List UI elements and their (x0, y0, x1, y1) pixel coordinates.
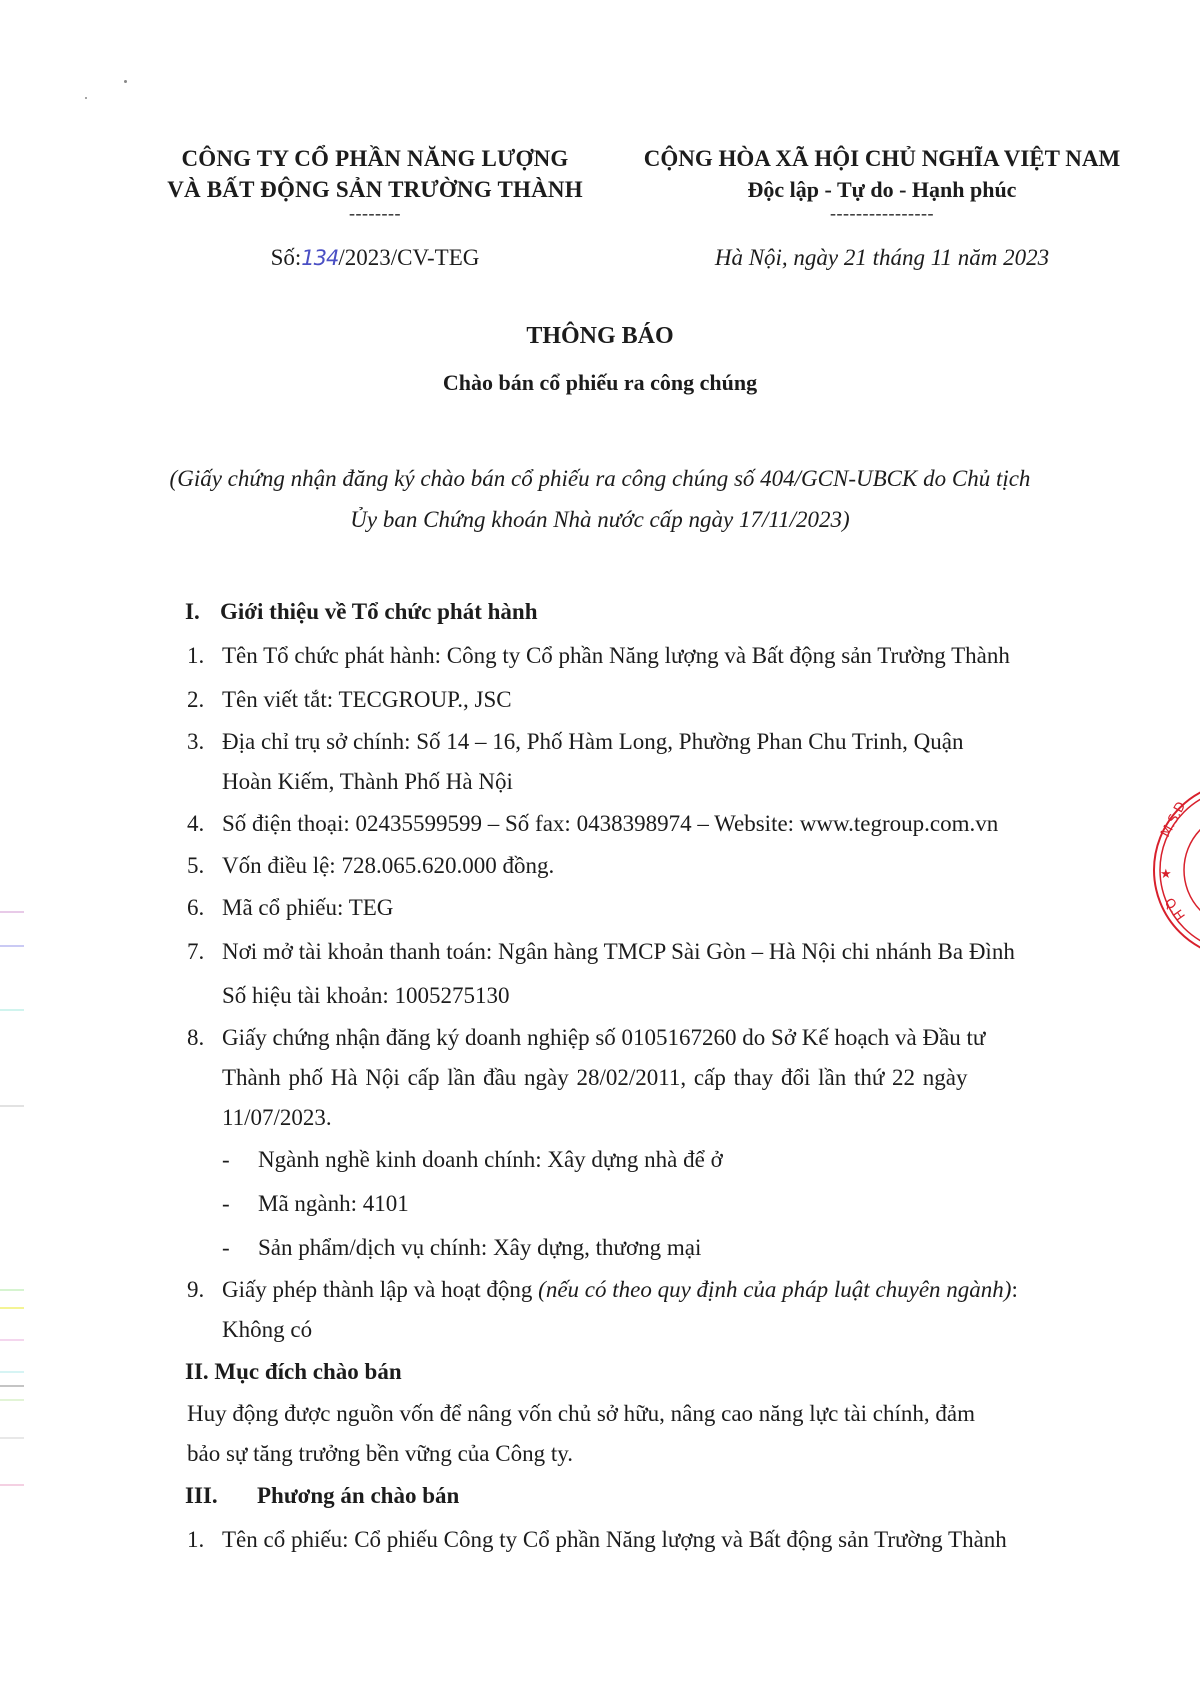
section-heading: I.Giới thiệu về Tổ chức phát hành (185, 590, 1084, 634)
list-item: 5.Vốn điều lệ: 728.065.620.000 đồng. (187, 846, 1084, 886)
stamp-icon: M.S.D ★ Q.H (1150, 780, 1200, 960)
list-item: 9.Giấy phép thành lập và hoạt động (nếu … (187, 1270, 1084, 1310)
section-heading: II. Mục đích chào bán (185, 1350, 1084, 1394)
list-item: 6.Mã cổ phiếu: TEG (187, 886, 1084, 930)
scan-lines-icon (0, 860, 26, 1500)
document-number: Số:134/2023/CV-TEG (150, 245, 600, 271)
list-item-continuation: 11/07/2023. (187, 1098, 1084, 1138)
paragraph-line: bảo sự tăng trưởng bền vững của Công ty. (187, 1434, 1084, 1474)
paragraph-line: Huy động được nguồn vốn để nâng vốn chủ … (187, 1394, 1084, 1434)
list-item: 8.Giấy chứng nhận đăng ký doanh nghiệp s… (187, 1018, 1084, 1058)
document-title: THÔNG BÁO (0, 323, 1200, 350)
company-seal-stamp: M.S.D ★ Q.H (1150, 780, 1200, 960)
svg-text:★: ★ (1160, 867, 1172, 882)
scan-speck (124, 80, 127, 83)
list-item: 2.Tên viết tắt: TECGROUP., JSC (187, 678, 1084, 722)
bullet-item: -Mã ngành: 4101 (187, 1182, 1084, 1226)
certificate-note: (Giấy chứng nhận đăng ký chào bán cổ phi… (160, 458, 1040, 540)
list-item: 1.Tên Tổ chức phát hành: Công ty Cổ phần… (187, 634, 1084, 678)
list-item-continuation: Thành phố Hà Nội cấp lần đầu ngày 28/02/… (187, 1058, 1084, 1098)
bullet-item: -Ngành nghề kinh doanh chính: Xây dựng n… (187, 1138, 1084, 1182)
company-name-line2: VÀ BẤT ĐỘNG SẢN TRƯỜNG THÀNH (150, 174, 600, 205)
bullet-item: -Sản phẩm/dịch vụ chính: Xây dựng, thươn… (187, 1226, 1084, 1270)
section-heading: III.Phương án chào bán (185, 1474, 1084, 1518)
list-item: 3.Địa chỉ trụ sở chính: Số 14 – 16, Phố … (187, 722, 1084, 762)
country-name: CỘNG HÒA XÃ HỘI CHỦ NGHĨA VIỆT NAM (612, 143, 1152, 174)
national-heading: CỘNG HÒA XÃ HỘI CHỦ NGHĨA VIỆT NAM Độc l… (612, 143, 1152, 221)
company-divider: -------- (150, 205, 600, 221)
handwritten-number: 134 (301, 246, 338, 270)
scan-speck (85, 97, 87, 99)
national-motto: Độc lập - Tự do - Hạnh phúc (612, 174, 1152, 205)
place-date: Hà Nội, ngày 21 tháng 11 năm 2023 (612, 245, 1152, 271)
motto-divider: ---------------- (612, 205, 1152, 221)
svg-text:M.S.D: M.S.D (1158, 800, 1189, 840)
list-item: 4.Số điện thoại: 02435599599 – Số fax: 0… (187, 802, 1084, 846)
document-body: I.Giới thiệu về Tổ chức phát hành 1.Tên … (187, 590, 1084, 1562)
document-subtitle: Chào bán cổ phiếu ra công chúng (0, 370, 1200, 396)
scan-edge-marks (0, 860, 26, 1500)
list-item: 1.Tên cổ phiếu: Cổ phiếu Công ty Cổ phần… (187, 1518, 1084, 1562)
company-name-line1: CÔNG TY CỔ PHẦN NĂNG LƯỢNG (150, 143, 600, 174)
issuer-block: CÔNG TY CỔ PHẦN NĂNG LƯỢNG VÀ BẤT ĐỘNG S… (150, 143, 600, 221)
list-item-continuation: Số hiệu tài khoản: 1005275130 (187, 974, 1084, 1018)
svg-text:Q.H: Q.H (1161, 896, 1187, 924)
list-item-continuation: Hoàn Kiếm, Thành Phố Hà Nội (187, 762, 1084, 802)
list-item-continuation: Không có (187, 1310, 1084, 1350)
list-item: 7.Nơi mở tài khoản thanh toán: Ngân hàng… (187, 930, 1084, 974)
